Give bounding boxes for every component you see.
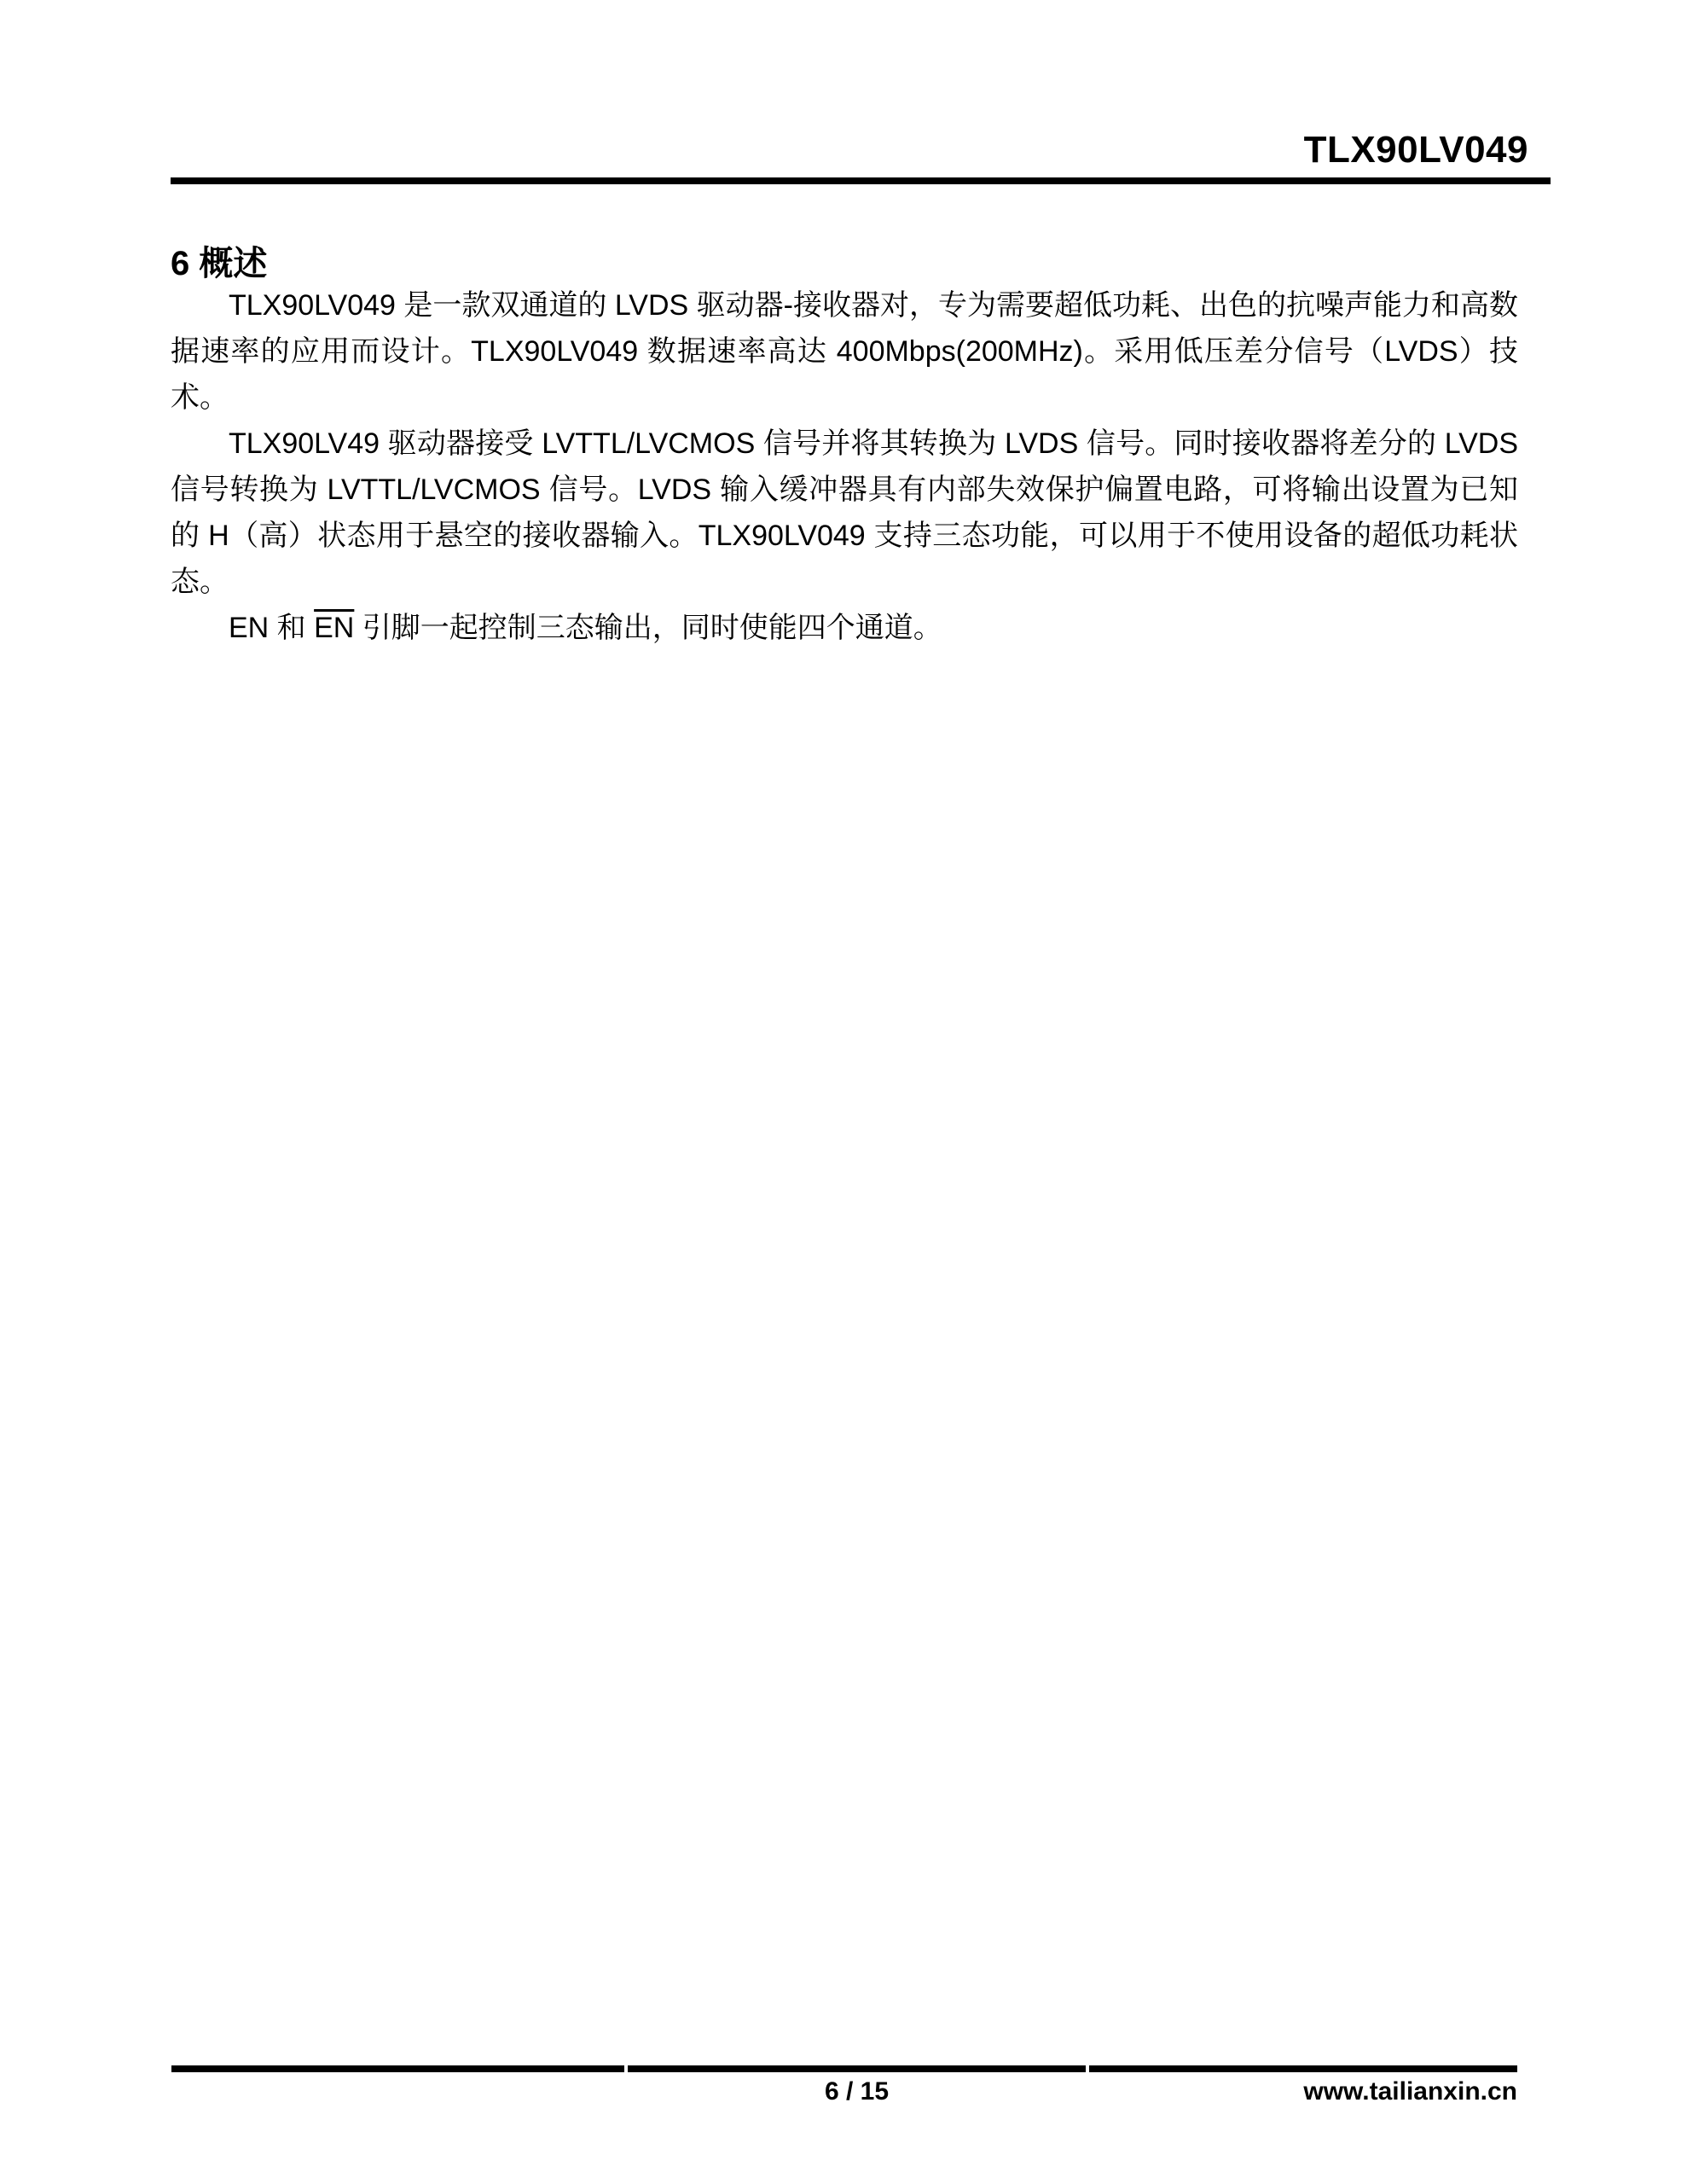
text-run: EN 和 (229, 612, 314, 644)
en-overline-text: EN (314, 612, 354, 644)
paragraph-overview-1: TLX90LV049 是一款双通道的 LVDS 驱动器-接收器对，专为需要超低功… (171, 282, 1518, 421)
paragraph-overview-2: TLX90LV49 驱动器接受 LVTTL/LVCMOS 信号并将其转换为 LV… (171, 421, 1518, 605)
footer-page-indicator: 6 / 15 (628, 2065, 1086, 2106)
footer-rule-left-segment (171, 2065, 624, 2106)
footer: 6 / 15 www.tailianxin.cn (171, 2065, 1517, 2106)
text-run: 引脚一起控制三态输出，同时使能四个通道。 (354, 612, 942, 644)
footer-website: www.tailianxin.cn (1089, 2065, 1517, 2106)
body-text-block: TLX90LV049 是一款双通道的 LVDS 驱动器-接收器对，专为需要超低功… (171, 282, 1518, 651)
datasheet-page: TLX90LV049 6 概述 TLX90LV049 是一款双通道的 LVDS … (0, 0, 1687, 2184)
section-heading-overview: 6 概述 (171, 243, 267, 284)
header-rule (171, 177, 1551, 184)
header-product-title: TLX90LV049 (171, 128, 1551, 172)
paragraph-enable-pins: EN 和 EN 引脚一起控制三态输出，同时使能四个通道。 (171, 605, 1518, 651)
